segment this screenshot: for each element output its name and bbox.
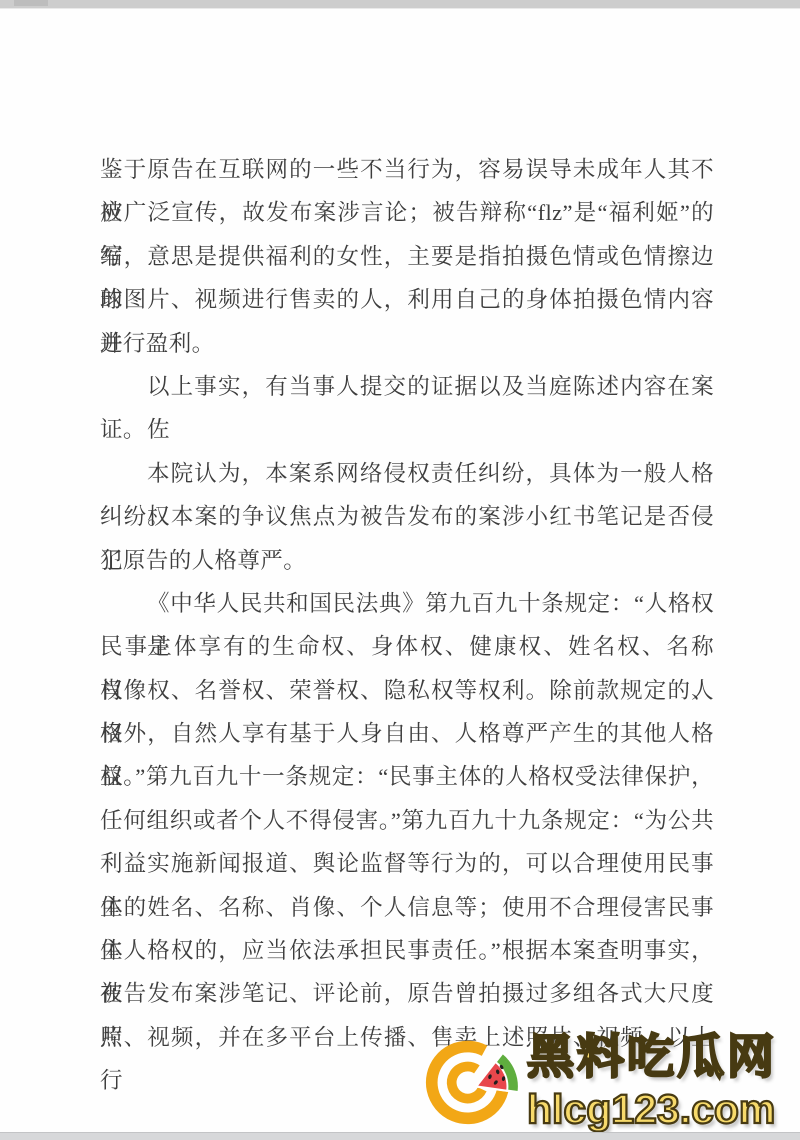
doc-line: 体人格权的，应当依法承担民事责任。”根据本案查明事实，在 bbox=[100, 929, 714, 972]
doc-line: 体的姓名、名称、肖像、个人信息等；使用不合理侵害民事主 bbox=[100, 886, 714, 929]
document-page: 鉴于原告在互联网的一些不当行为，容易误导未成年人其不应被广泛宣传，故发布案涉言论… bbox=[0, 0, 800, 1140]
doc-line: 肖像权、名誉权、荣誉权、隐私权等权利。除前款规定的人格 bbox=[100, 669, 714, 712]
judgment-text-block: 鉴于原告在互联网的一些不当行为，容易误导未成年人其不应被广泛宣传，故发布案涉言论… bbox=[100, 148, 714, 1059]
doc-line: 被告发布案涉笔记、评论前，原告曾拍摄过多组各式大尺度照 bbox=[100, 972, 714, 1015]
doc-line: 本院认为，本案系网络侵权责任纠纷，具体为一般人格权 bbox=[100, 452, 714, 495]
doc-line: 进行盈利。 bbox=[100, 322, 714, 365]
doc-line: 任何组织或者个人不得侵害。”第九百九十九条规定：“为公共 bbox=[100, 799, 714, 842]
doc-line: 了原告的人格尊严。 bbox=[100, 539, 714, 582]
watermark-site-name: 黑料吃瓜网 bbox=[527, 1028, 800, 1086]
doc-line: 利益实施新闻报道、舆论监督等行为的，可以合理使用民事主 bbox=[100, 842, 714, 885]
doc-line: 以上事实，有当事人提交的证据以及当庭陈述内容在案佐 bbox=[100, 365, 714, 408]
doc-line: 权外，自然人享有基于人身自由、人格尊严产生的其他人格权 bbox=[100, 712, 714, 755]
watermelon-c-logo-icon bbox=[424, 1034, 521, 1131]
doc-line: 益。”第九百九十一条规定：“民事主体的人格权受法律保护， bbox=[100, 755, 714, 798]
doc-line: 被广泛宣传，故发布案涉言论；被告辩称“flz”是“福利姬”的缩 bbox=[100, 191, 714, 234]
inner-c-ring bbox=[452, 1067, 483, 1099]
doc-line: 《中华人民共和国民法典》第九百九十条规定：“人格权是 bbox=[100, 582, 714, 625]
watermark-site-url: hlcg123.com bbox=[527, 1086, 800, 1132]
doc-line: 纠纷。本案的争议焦点为被告发布的案涉小红书笔记是否侵犯 bbox=[100, 495, 714, 538]
scan-smudge bbox=[14, 0, 48, 6]
doc-line: 民事主体享有的生命权、身体权、健康权、姓名权、名称权、 bbox=[100, 625, 714, 668]
doc-line: 鉴于原告在互联网的一些不当行为，容易误导未成年人其不应 bbox=[100, 148, 714, 191]
doc-line: 证。 bbox=[100, 408, 714, 451]
scan-artifact-bottom-bar bbox=[0, 1132, 800, 1140]
site-watermark: 黑料吃瓜网 hlcg123.com bbox=[424, 1028, 800, 1140]
scan-artifact-top-bar bbox=[0, 0, 800, 9]
doc-line: 写，意思是提供福利的女性，主要是指拍摄色情或色情擦边球 bbox=[100, 235, 714, 278]
doc-line: 的图片、视频进行售卖的人，利用自己的身体拍摄色情内容并 bbox=[100, 278, 714, 321]
watermark-text-column: 黑料吃瓜网 hlcg123.com bbox=[527, 1028, 800, 1132]
